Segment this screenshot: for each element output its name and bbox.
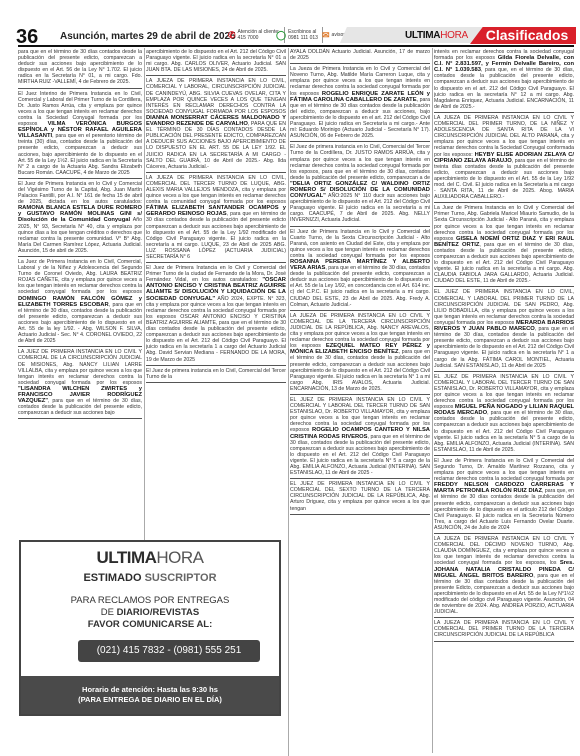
whatsapp-icon: ◯ [276, 32, 286, 38]
classifieds-column-3: AYALA DOLDÁN Actuario Judicial. Asunción… [290, 48, 430, 756]
legal-notice: LA JUEZA DE PRIMERA INSTANCIA EN LO CIVI… [434, 114, 574, 203]
legal-notice: EL JUEZ DE PRIMERA INSTANCIA EN LO CIVIL… [290, 480, 430, 514]
column-divider [144, 48, 145, 540]
legal-notice: LA JUEZA DE PRIMERA INSTANCIA EN LO CIVI… [290, 312, 430, 395]
promo-line-bold: DIARIO/REVISTAS [117, 607, 200, 618]
legal-notice: El Juez de primera instancia en lo Civil… [290, 143, 430, 226]
column-divider [432, 48, 433, 753]
legal-notice: El Juez de Primera Instancia en lo Civil… [18, 180, 142, 257]
legal-notice: LA JUEZ DE PRIMERA INSTANCIA EN LO CIVIL… [18, 348, 142, 419]
promo-message: PARA RECLAMOS POR ENTREGAS DE DIARIO/REV… [21, 595, 279, 631]
promo-line: PARA RECLAMOS POR ENTREGAS [21, 595, 279, 607]
promo-title: ESTIMADO SUSCRIPTOR [21, 572, 279, 584]
legal-notice: La Juez de Primera Instancia en lo Civil… [434, 204, 574, 287]
legal-notice: para que en el término de 30 días contad… [18, 48, 142, 89]
notice-parties: RAMONA BLANCA ESTELA DURE ROMERO y GUSTA… [18, 205, 142, 223]
legal-notice: La Juez de Primera Instancia en lo Civil… [18, 258, 142, 347]
legal-notice: LA JUEZA DE PRIMERA INSTANCIA EN LO CIVI… [434, 619, 574, 641]
legal-notice: El Juez de Primera Instancia en lo Civil… [146, 264, 286, 366]
legal-notice: LA JUEZA DE PRIMERA INSTANCIA EN LO CIVI… [434, 535, 574, 618]
mail-icon: ✉ [322, 32, 330, 38]
legal-notice: EL JUEZ DE PRIMERA INSTANCIA EN LO CIVIL… [434, 288, 574, 371]
column-divider [288, 48, 289, 756]
legal-notice: AYALA DOLDÁN Actuario Judicial. Asunción… [290, 48, 430, 64]
legal-notice: La Jueza de Primera Instancia en lo Civi… [290, 65, 430, 142]
header-rule [18, 45, 574, 47]
classifieds-column-1: para que en el término de 30 días contad… [18, 48, 142, 540]
promo-brand-logo: ULTIMAHORA [21, 548, 279, 568]
hours-text: Horario de atención: Hasta las 9:30 hs [21, 685, 279, 695]
hours-note: (PARA ENTREGA DE DIARIO EN EL DÍA) [21, 695, 279, 705]
legal-notice: El Juez de primera instancia en lo Civil… [146, 367, 286, 383]
contact-whatsapp: ◯ Escribinos al0981 111 013 [276, 27, 323, 43]
legal-notice: El Juez de Primera Instancia en lo Civil… [434, 457, 574, 534]
phone-icon: ✆ [228, 32, 236, 38]
legal-notice: interés en reclamar derechos contra la s… [434, 48, 574, 113]
classifieds-column-4: interés en reclamar derechos contra la s… [434, 48, 574, 753]
legal-notice: apercibimiento de lo dispuesto en el Art… [146, 48, 286, 76]
publication-date: Asunción, martes 29 de abril de 2025 [60, 31, 236, 42]
promo-hours: Horario de atención: Hasta las 9:30 hs (… [21, 676, 279, 714]
brand-logo: ULTIMAHORA [405, 30, 468, 41]
legal-notice: El Juez Interino de Primera Instancia en… [18, 90, 142, 179]
page-header: 36 Asunción, martes 29 de abril de 2025 … [0, 0, 580, 40]
classifieds-column-2: apercibimiento de lo dispuesto en el Art… [146, 48, 286, 533]
legal-notice: EL JUEZ DE PRIMERA INSTANCIA EN LO CIVIL… [434, 373, 574, 456]
legal-notice: LA JUEZA DE PRIMERA INSTANCIA EN LO CIVI… [146, 77, 286, 172]
legal-notice: EL JUEZ DE PRIMERA INSTANCIA EN LO CIVIL… [290, 396, 430, 479]
promo-phone-numbers[interactable]: (021) 415 7832 - (0981) 555 251 [78, 640, 260, 662]
legal-notice: LA JUEZA DE PRIMERA INSTANCIA EN LO CIVI… [146, 174, 286, 263]
legal-notice: El Juez de Primera Instancia en lo Civil… [290, 228, 430, 311]
subscriber-notice-ad: ULTIMAHORA ESTIMADO SUSCRIPTOR PARA RECL… [19, 540, 281, 716]
section-title: Clasificados [470, 27, 576, 44]
promo-line: FAVOR COMUNICARSE AL: [21, 619, 279, 631]
promo-line: DE [101, 607, 114, 618]
contact-value: 415 7000 [238, 35, 259, 41]
contact-value: 0981 111 013 [288, 35, 318, 41]
